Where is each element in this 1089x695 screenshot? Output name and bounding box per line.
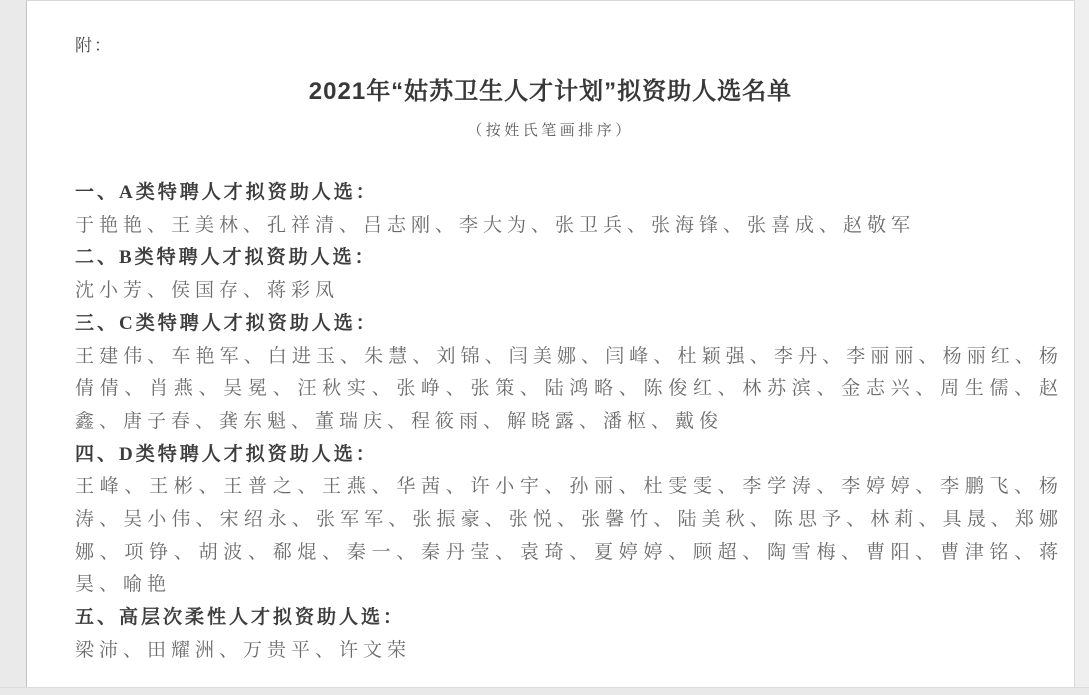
section-flexible-talent: 五、高层次柔性人才拟资助人选： 梁沛、田耀洲、万贵平、许文荣 [75,602,1063,667]
section-c-names: 王建伟、车艳军、白进玉、朱慧、刘锦、闫美娜、闫峰、杜颖强、李丹、李丽丽、杨丽红、… [75,341,1063,439]
section-a-heading: 一、A类特聘人才拟资助人选： [75,177,1063,210]
document-viewport: 附： 2021年“姑苏卫生人才计划”拟资助人选名单 （按姓氏笔画排序） 一、A类… [0,0,1089,695]
section-flexible-heading: 五、高层次柔性人才拟资助人选： [75,602,1063,635]
right-margin-strip [1075,0,1089,695]
section-d-heading: 四、D类特聘人才拟资助人选： [75,439,1063,472]
page-title: 2021年“姑苏卫生人才计划”拟资助人选名单 [27,77,1074,107]
bottom-margin-strip [0,687,1089,695]
section-a-class: 一、A类特聘人才拟资助人选： 于艳艳、王美林、孔祥清、吕志刚、李大为、张卫兵、张… [75,177,1063,242]
section-b-class: 二、B类特聘人才拟资助人选： 沈小芳、侯国存、蒋彩凤 [75,242,1063,307]
left-margin-strip [0,0,26,695]
sort-order-note: （按姓氏笔画排序） [27,120,1074,142]
section-a-names: 于艳艳、王美林、孔祥清、吕志刚、李大为、张卫兵、张海锋、张喜成、赵敬军 [75,210,1063,243]
section-d-names: 王峰、王彬、王普之、王燕、华茜、许小宇、孙丽、杜雯雯、李学涛、李婷婷、李鹏飞、杨… [75,471,1063,602]
section-c-heading: 三、C类特聘人才拟资助人选： [75,308,1063,341]
section-b-names: 沈小芳、侯国存、蒋彩凤 [75,275,1063,308]
document-page: 附： 2021年“姑苏卫生人才计划”拟资助人选名单 （按姓氏笔画排序） 一、A类… [26,0,1075,688]
document-body: 一、A类特聘人才拟资助人选： 于艳艳、王美林、孔祥清、吕志刚、李大为、张卫兵、张… [75,177,1063,668]
section-c-class: 三、C类特聘人才拟资助人选： 王建伟、车艳军、白进玉、朱慧、刘锦、闫美娜、闫峰、… [75,308,1063,439]
attachment-label: 附： [75,34,113,58]
section-flexible-names: 梁沛、田耀洲、万贵平、许文荣 [75,635,1063,668]
section-b-heading: 二、B类特聘人才拟资助人选： [75,242,1063,275]
section-d-class: 四、D类特聘人才拟资助人选： 王峰、王彬、王普之、王燕、华茜、许小宇、孙丽、杜雯… [75,439,1063,603]
